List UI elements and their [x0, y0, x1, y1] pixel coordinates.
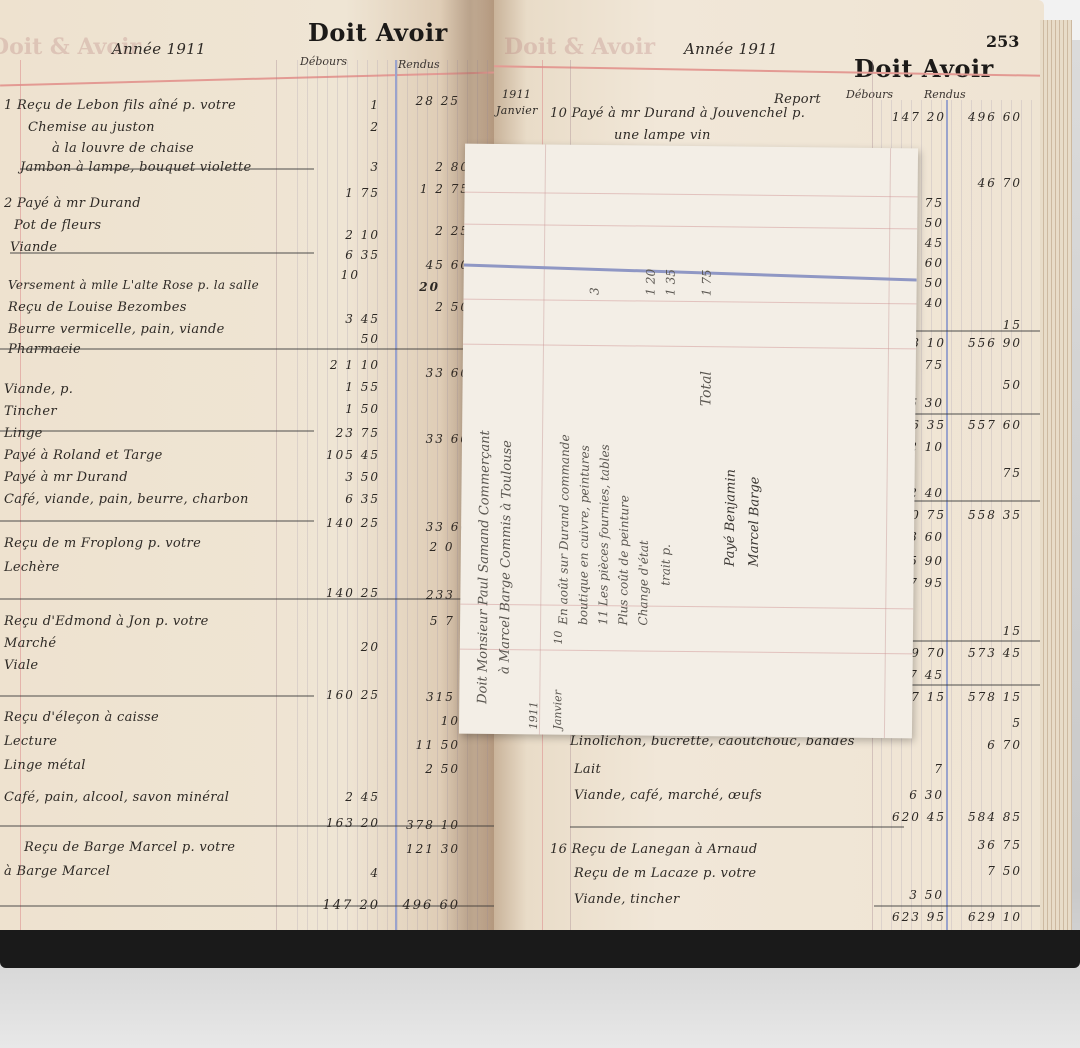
entry-text: Viande, p. [4, 382, 73, 397]
right-page-heading: Doit Avoir [854, 54, 994, 83]
receipt-column-line [539, 144, 546, 734]
loose-receipt[interactable]: Doit Monsieur Paul Samand Commerçant à M… [459, 144, 918, 739]
left-section-rule [0, 430, 314, 432]
credit-subtotal: 33 60 [400, 520, 470, 534]
debit-subtotal: 620 45 [874, 810, 946, 824]
entry-text: Payé à Roland et Targe [4, 448, 163, 463]
receipt-amount: 1 75 [700, 269, 714, 296]
entry-text: Café, pain, alcool, savon minéral [4, 790, 229, 805]
credit-subtotal: 378 10 [400, 818, 460, 832]
debit-amount: 1 75 [300, 186, 380, 200]
credit-amount: 75 [950, 466, 1022, 480]
entry-text: Linge métal [4, 758, 86, 773]
credit-amount: 1 2 75 [400, 182, 470, 196]
right-section-rule [874, 905, 1044, 907]
entry-text: Beurre vermicelle, pain, viande [8, 322, 225, 337]
entry-text: Viande, tincher [574, 892, 680, 907]
right-debit-credit-divider [946, 100, 948, 945]
entry-text: une lampe vin [614, 128, 711, 143]
entry-text: Payé à mr Durand [17, 196, 141, 211]
right-section-rule [570, 826, 904, 828]
debit-amount: 23 75 [300, 426, 380, 440]
entry-text: Reçu de m Lacaze p. votre [574, 866, 756, 881]
entry-text: Chemise au juston [28, 120, 155, 135]
credit-amount: 5 [950, 716, 1022, 730]
entry-text: Viande, café, marché, œufs [574, 788, 762, 803]
debit-amount: 2 [300, 120, 380, 134]
right-date-year: 1911 [502, 88, 531, 101]
credit-amount: 28 25 [400, 94, 460, 108]
receipt-line: boutique en cuivre, peintures [576, 445, 592, 625]
entry-text: Reçu de Lebon fils aîné p. votre [17, 98, 236, 113]
credit-amount: 2 80 [400, 160, 470, 174]
receipt-rule [464, 224, 917, 230]
receipt-rule [465, 192, 918, 198]
entry-text: à la louvre de chaise [52, 141, 194, 156]
receipt-header-line-1: Doit Monsieur Paul Samand Commerçant [475, 430, 493, 704]
entry-text: Tincher [4, 404, 57, 419]
debit-amount: 10 [300, 268, 360, 282]
debit-amount: 7 [894, 762, 944, 776]
receipt-date-year: 1911 [527, 701, 540, 729]
debit-amount: 1 55 [300, 380, 380, 394]
debit-amount: 20 [300, 640, 380, 654]
receipt-line: Change d'état [636, 540, 651, 625]
left-debit-credit-divider [395, 60, 397, 945]
entry-day: 16 [550, 842, 567, 857]
debit-subtotal: 163 20 [300, 816, 380, 830]
receipt-amount: 3 [588, 287, 602, 295]
entry-day: 2 [4, 196, 13, 211]
credit-amount: 10 [400, 714, 460, 728]
receipt-line: 11 Les pièces fournies, tables [596, 444, 612, 625]
entry-day: 10 [550, 106, 567, 121]
receipt-day: 10 [552, 631, 565, 645]
debit-subtotal: 140 25 [300, 516, 380, 530]
debit-amount: 4 [300, 866, 380, 880]
entry-text: Payé à mr Durand à Jouvenchel p. [572, 106, 806, 121]
credit-subtotal: 578 15 [950, 690, 1022, 704]
debit-amount: 6 35 [300, 248, 380, 262]
left-section-rule [0, 520, 314, 522]
entry-text: Jambon à lampe, bouquet violette [20, 160, 252, 175]
ledger-left-page: Doit & Avoir Année 1911 Doit Avoir Débou… [0, 0, 494, 945]
entry-text: Café, viande, pain, beurre, charbon [4, 492, 249, 507]
receipt-amount: 1 35 [664, 269, 678, 296]
credit-amount: 7 50 [950, 864, 1022, 878]
credit-amount: 20 [400, 280, 440, 294]
entry-text: Reçu d'Edmond à Jon p. votre [4, 614, 209, 629]
credit-amount: 11 50 [400, 738, 460, 752]
debit-amount: 6 35 [300, 492, 380, 506]
credit-amount: 45 60 [400, 258, 470, 272]
entry-text: Reçu de Louise Bezombes [8, 300, 187, 315]
book-cover-bottom-edge [0, 930, 1080, 968]
entry-text: Pharmacie [8, 342, 81, 357]
credit-subtotal: 557 60 [950, 418, 1022, 432]
right-ghost-heading: Doit & Avoir [504, 34, 655, 60]
credit-page-total: 629 10 [950, 910, 1022, 924]
credit-amount: 6 70 [950, 738, 1022, 752]
entry-text: Viande [10, 240, 57, 255]
credit-amount: 2 25 [400, 224, 470, 238]
credit-subtotal: 558 35 [950, 508, 1022, 522]
debit-subtotal: 140 25 [300, 586, 380, 600]
report-label: Report [774, 92, 821, 107]
debit-subtotal: 160 25 [300, 688, 380, 702]
entry-text: Marché [4, 636, 56, 651]
debit-page-total: 147 20 [296, 898, 380, 913]
receipt-signature-line-2: Marcel Barge [747, 477, 763, 567]
entry-text: Reçu de Barge Marcel p. votre [24, 840, 235, 855]
right-date-month: Janvier [496, 104, 538, 117]
receipt-amount: 1 20 [644, 269, 658, 296]
debit-amount: 2 45 [300, 790, 380, 804]
entry-text: Payé à mr Durand [4, 470, 128, 485]
debit-amount: 2 10 [300, 228, 380, 242]
left-text-col-line [276, 60, 277, 945]
entry-text: Reçu d'éleçon à caisse [4, 710, 159, 725]
debit-amount: 6 30 [894, 788, 944, 802]
credit-amount: 2 50 [400, 762, 460, 776]
credit-subtotal: 584 85 [950, 810, 1022, 824]
entry-text: Lait [574, 762, 601, 777]
credit-amount: 33 60 [400, 432, 470, 446]
debit-amount: 147 20 [874, 110, 946, 124]
receipt-rule [460, 604, 913, 610]
debit-amount: 1 50 [300, 402, 380, 416]
debit-amount: 3 [300, 160, 380, 174]
receipt-column-line [884, 148, 891, 738]
receipt-rule [460, 649, 913, 655]
credit-amount: 2 50 [400, 300, 470, 314]
debit-subtotal: 2 1 10 [300, 358, 380, 372]
receipt-line: Plus coût de peinture [616, 495, 631, 625]
left-page-heading: Doit Avoir [308, 18, 448, 47]
debit-amount: 3 45 [300, 312, 380, 326]
entry-text: à Barge Marcel [4, 864, 110, 879]
debit-amount: 50 [300, 332, 380, 346]
entry-text: Reçu de Lanegan à Arnaud [572, 842, 758, 857]
credit-subtotal: 33 60 [400, 366, 470, 380]
debit-amount: 1 [300, 98, 380, 112]
debit-amount: 3 50 [300, 470, 380, 484]
receipt-signature-line-1: Payé Benjamin [723, 469, 739, 566]
entry-text: Pot de fleurs [14, 218, 101, 233]
receipt-blue-rule [464, 264, 917, 282]
receipt-rule [463, 344, 916, 350]
debit-amount: 105 45 [300, 448, 380, 462]
credit-subtotal: 556 90 [950, 336, 1022, 350]
credit-subtotal: 573 45 [950, 646, 1022, 660]
left-year-label: Année 1911 [112, 40, 206, 58]
right-year-label: Année 1911 [684, 40, 778, 58]
entry-day: 1 [4, 98, 13, 113]
entry-text: Lechère [4, 560, 60, 575]
receipt-total-label: Total [698, 371, 714, 406]
credit-amount: 36 75 [950, 838, 1022, 852]
entry-text: Lecture [4, 734, 57, 749]
credit-amount: 46 70 [950, 176, 1022, 190]
entry-text: Linge [4, 426, 43, 441]
entry-text: Reçu de m Froplong p. votre [4, 536, 201, 551]
receipt-header-line-2: à Marcel Barge Commis à Toulouse [498, 440, 515, 674]
debit-page-total: 623 95 [874, 910, 946, 924]
left-section-rule [0, 695, 314, 697]
receipt-date-month: Janvier [551, 690, 564, 730]
receipt-rule [463, 299, 916, 305]
credit-amount: 496 60 [950, 110, 1022, 124]
credit-amount: 2 0 0 [400, 540, 470, 554]
credit-amount: 121 30 [400, 842, 460, 856]
page-block-edges [1040, 20, 1072, 945]
receipt-line: En août sur Durand commande [556, 434, 572, 624]
page-number: 253 [986, 32, 1019, 51]
debit-amount: 3 50 [894, 888, 944, 902]
credit-amount: 50 [950, 378, 1022, 392]
entry-text: Viale [4, 658, 38, 673]
credit-page-total: 496 60 [400, 898, 460, 913]
receipt-line: trait p. [658, 544, 672, 586]
entry-text: Versement à mlle L'alte Rose p. la salle [8, 278, 259, 292]
credit-amount: 15 [950, 624, 1022, 638]
